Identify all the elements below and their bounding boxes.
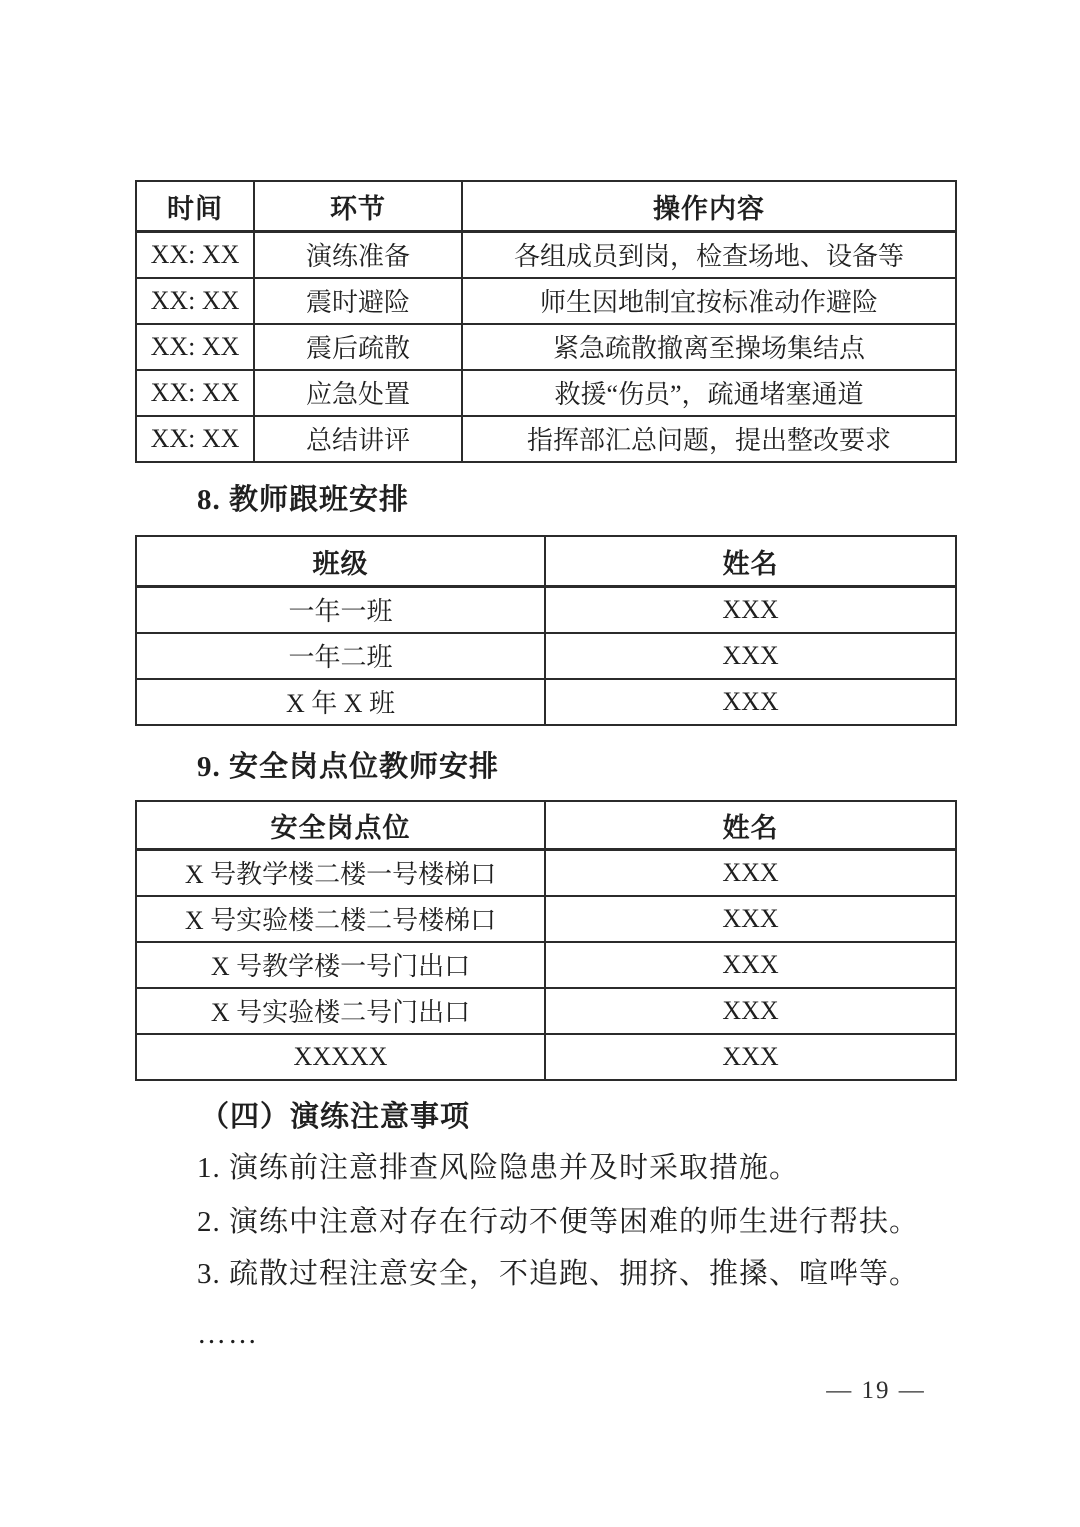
- table-row: XX: XX 震后疏散 紧急疏散撤离至操场集结点: [136, 324, 956, 370]
- cell-time: XX: XX: [136, 232, 254, 278]
- table-row: XX: XX 总结讲评 指挥部汇总问题，提出整改要求: [136, 416, 956, 462]
- table-row: XX: XX 震时避险 师生因地制宜按标准动作避险: [136, 278, 956, 324]
- cell-name: XXX: [545, 942, 956, 988]
- table-header-row: 安全岗点位 姓名: [136, 801, 956, 850]
- cell-class: X 年 X 班: [136, 679, 545, 725]
- cell-phase: 总结讲评: [254, 416, 462, 462]
- table-header-row: 时间 环节 操作内容: [136, 181, 956, 232]
- table-row: 一年二班 XXX: [136, 633, 956, 679]
- cell-class: 一年二班: [136, 633, 545, 679]
- header-cell-name: 姓名: [545, 536, 956, 587]
- table-row: 一年一班 XXX: [136, 587, 956, 633]
- table-row: X 年 X 班 XXX: [136, 679, 956, 725]
- table-row: X 号实验楼二号门出口 XXX: [136, 988, 956, 1034]
- drill-schedule-table: 时间 环节 操作内容 XX: XX 演练准备 各组成员到岗，检查场地、设备等 X…: [135, 180, 957, 463]
- cell-time: XX: XX: [136, 416, 254, 462]
- cell-post: X 号实验楼二号门出口: [136, 988, 545, 1034]
- cell-post: X 号实验楼二楼二号楼梯口: [136, 896, 545, 942]
- header-cell-post: 安全岗点位: [136, 801, 545, 850]
- safety-post-table: 安全岗点位 姓名 X 号教学楼二楼一号楼梯口 XXX X 号实验楼二楼二号楼梯口…: [135, 800, 957, 1081]
- cell-time: XX: XX: [136, 370, 254, 416]
- header-cell-operation: 操作内容: [462, 181, 956, 232]
- cell-operation: 救援“伤员”，疏通堵塞通道: [462, 370, 956, 416]
- table-row: X 号教学楼二楼一号楼梯口 XXX: [136, 850, 956, 896]
- table-row: XX: XX 应急处置 救援“伤员”，疏通堵塞通道: [136, 370, 956, 416]
- header-cell-class: 班级: [136, 536, 545, 587]
- header-cell-time: 时间: [136, 181, 254, 232]
- cell-name: XXX: [545, 850, 956, 896]
- cell-post: X 号教学楼一号门出口: [136, 942, 545, 988]
- cell-name: XXX: [545, 679, 956, 725]
- cell-name: XXX: [545, 896, 956, 942]
- cell-name: XXX: [545, 1034, 956, 1080]
- notes-section-heading: （四）演练注意事项: [200, 1099, 470, 1135]
- document-page: 时间 环节 操作内容 XX: XX 演练准备 各组成员到岗，检查场地、设备等 X…: [0, 0, 1080, 1527]
- teacher-class-table: 班级 姓名 一年一班 XXX 一年二班 XXX X 年 X 班 XXX: [135, 535, 957, 726]
- cell-name: XXX: [545, 587, 956, 633]
- cell-time: XX: XX: [136, 278, 254, 324]
- cell-operation: 师生因地制宜按标准动作避险: [462, 278, 956, 324]
- page-number: — 19 —: [776, 1377, 976, 1405]
- cell-phase: 应急处置: [254, 370, 462, 416]
- cell-phase: 震后疏散: [254, 324, 462, 370]
- cell-operation: 紧急疏散撤离至操场集结点: [462, 324, 956, 370]
- cell-phase: 演练准备: [254, 232, 462, 278]
- table-row: XX: XX 演练准备 各组成员到岗，检查场地、设备等: [136, 232, 956, 278]
- cell-class: 一年一班: [136, 587, 545, 633]
- cell-post: XXXXX: [136, 1034, 545, 1080]
- cell-name: XXX: [545, 633, 956, 679]
- note-item-2: 2. 演练中注意对存在行动不便等困难的师生进行帮扶。: [197, 1204, 957, 1240]
- header-cell-name: 姓名: [545, 801, 956, 850]
- table-row: X 号教学楼一号门出口 XXX: [136, 942, 956, 988]
- cell-post: X 号教学楼二楼一号楼梯口: [136, 850, 545, 896]
- cell-operation: 各组成员到岗，检查场地、设备等: [462, 232, 956, 278]
- table-row: X 号实验楼二楼二号楼梯口 XXX: [136, 896, 956, 942]
- cell-phase: 震时避险: [254, 278, 462, 324]
- table-header-row: 班级 姓名: [136, 536, 956, 587]
- cell-operation: 指挥部汇总问题，提出整改要求: [462, 416, 956, 462]
- header-cell-phase: 环节: [254, 181, 462, 232]
- notes-ellipsis: ……: [197, 1316, 957, 1352]
- cell-name: XXX: [545, 988, 956, 1034]
- section-8-heading: 8. 教师跟班安排: [197, 482, 409, 518]
- table-row: XXXXX XXX: [136, 1034, 956, 1080]
- note-item-1: 1. 演练前注意排查风险隐患并及时采取措施。: [197, 1150, 957, 1186]
- note-item-3: 3. 疏散过程注意安全，不追跑、拥挤、推搡、喧哗等。: [197, 1256, 957, 1292]
- section-9-heading: 9. 安全岗点位教师安排: [197, 749, 499, 785]
- cell-time: XX: XX: [136, 324, 254, 370]
